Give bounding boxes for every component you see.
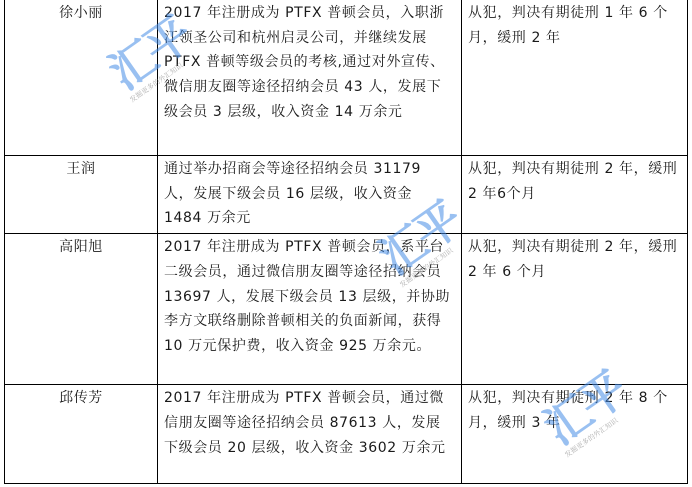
verdict: 从犯，判决有期徒刑 1 年 6 个月，缓刑 2 年 [462,0,688,156]
defendant-name: 王润 [5,156,158,234]
offense-description: 通过举办招商会等途径招纳会员 31179 人，发展下级会员 16 层级，收入资金… [158,156,462,234]
sentencing-table: 徐小丽 2017 年注册成为 PTFX 普顿会员，入职浙江领圣公司和杭州启灵公司… [4,0,688,484]
defendant-name: 徐小丽 [5,0,158,156]
table-row: 王润 通过举办招商会等途径招纳会员 31179 人，发展下级会员 16 层级，收… [5,156,688,234]
verdict: 从犯，判决有期徒刑 2 年，缓刑 2 年6个月 [462,156,688,234]
offense-description: 2017 年注册成为 PTFX 普顿会员，通过微信朋友圈等途径招纳会员 8761… [158,385,462,484]
verdict: 从犯，判决有期徒刑 2 年 8 个月，缓刑 3 年 [462,385,688,484]
table-row: 高阳旭 2017 年注册成为 PTFX 普顿会员，系平台二级会员，通过微信朋友圈… [5,234,688,385]
verdict: 从犯，判决有期徒刑 2 年，缓刑 2 年 6 个月 [462,234,688,385]
defendant-name: 邱传芳 [5,385,158,484]
table-row: 邱传芳 2017 年注册成为 PTFX 普顿会员，通过微信朋友圈等途径招纳会员 … [5,385,688,484]
table-row: 徐小丽 2017 年注册成为 PTFX 普顿会员，入职浙江领圣公司和杭州启灵公司… [5,0,688,156]
defendant-name: 高阳旭 [5,234,158,385]
offense-description: 2017 年注册成为 PTFX 普顿会员，入职浙江领圣公司和杭州启灵公司，并继续… [158,0,462,156]
offense-description: 2017 年注册成为 PTFX 普顿会员，系平台二级会员，通过微信朋友圈等途径招… [158,234,462,385]
